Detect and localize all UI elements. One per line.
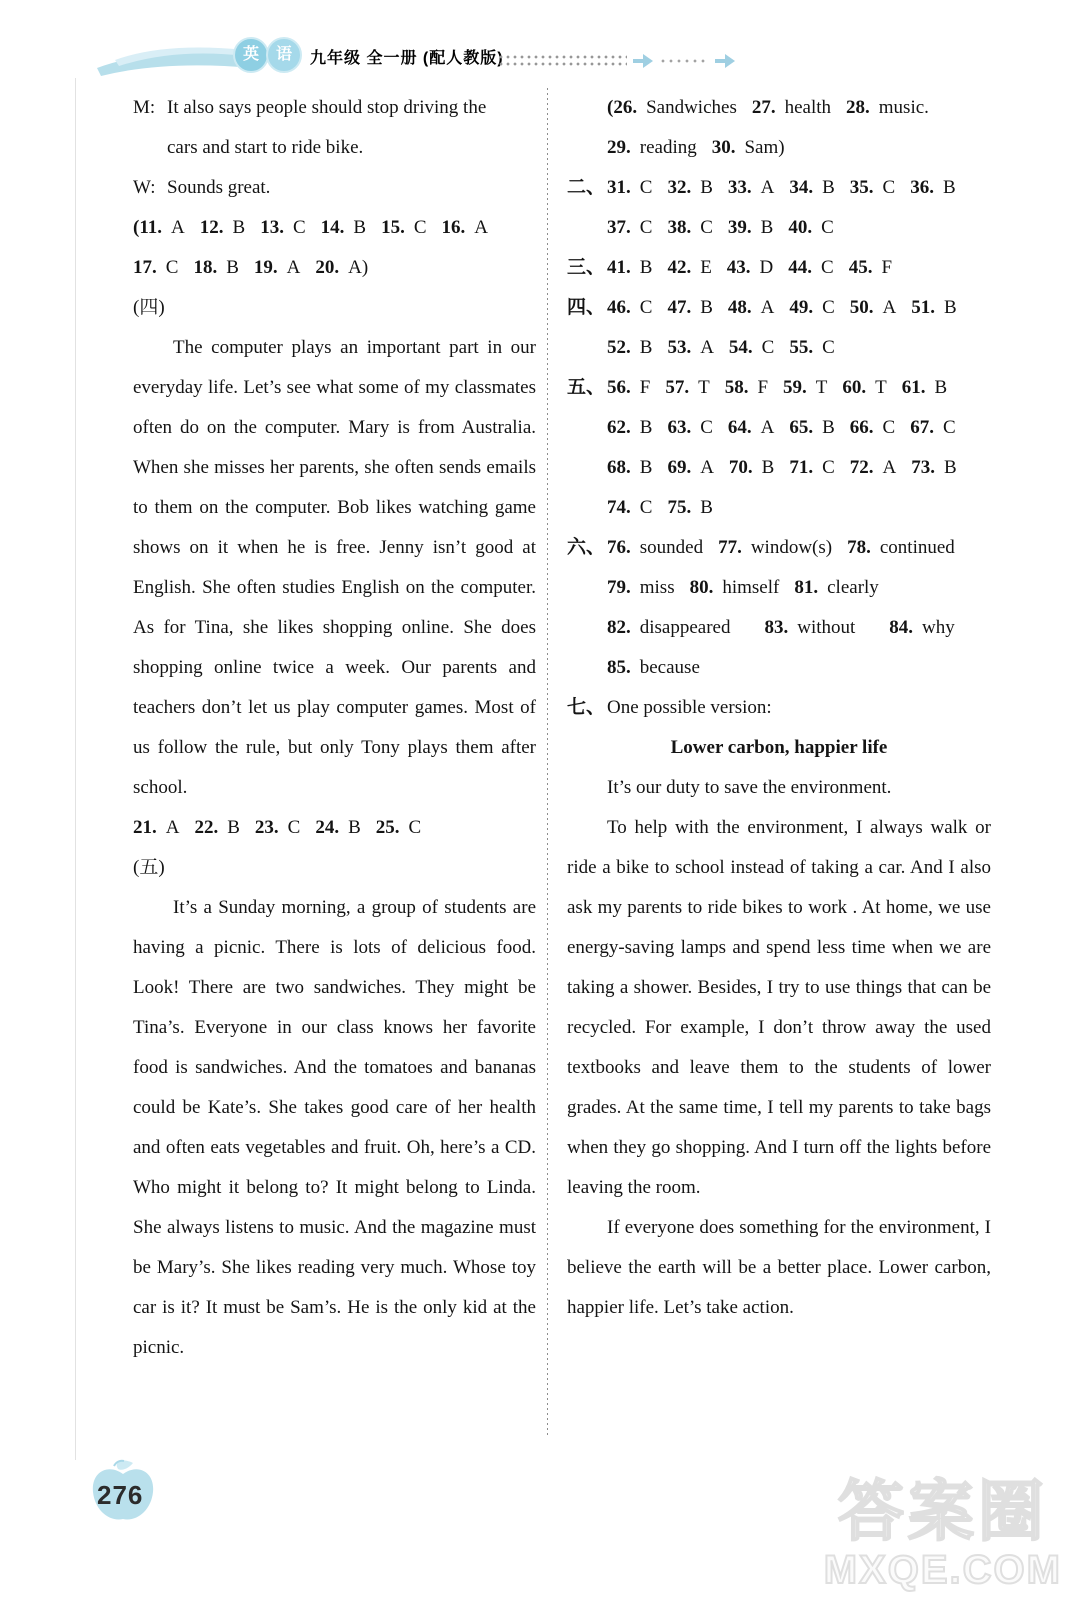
section-number-label: 二、 [567, 168, 607, 208]
answer-value: A [761, 177, 775, 198]
answer-value: C [822, 297, 835, 318]
answer-number: 25. [376, 817, 400, 838]
answer-value: C [883, 177, 896, 198]
answer-number: 50. [850, 297, 874, 318]
answer-number: 20. [315, 257, 339, 278]
answer-value: A [166, 817, 180, 838]
answer-value: B [640, 457, 653, 478]
answer-value: Sandwiches [646, 97, 737, 118]
answer-pair: 76.sounded [607, 537, 703, 558]
answer-pair: 22.B [194, 817, 239, 838]
answer-pair: 63.C [667, 417, 712, 438]
answer-value: B [640, 337, 653, 358]
answer-value: sounded [640, 537, 703, 558]
answer-pair: 28.music. [846, 97, 929, 118]
answer-number: 19. [254, 257, 278, 278]
answer-value: T [698, 377, 710, 398]
speaker-label: M: [133, 88, 167, 128]
answer-value: window(s) [751, 537, 832, 558]
answer-value: C [700, 417, 713, 438]
answer-number: 82. [607, 617, 631, 638]
answer-pair: 84.why [889, 617, 954, 638]
answer-number: 15. [381, 217, 405, 238]
answer-pair: 57.T [665, 377, 709, 398]
answer-number: 66. [850, 417, 874, 438]
answer-pair: 13.C [260, 217, 305, 238]
answer-pair: 50.A [850, 297, 896, 318]
answer-number: 84. [889, 617, 913, 638]
answer-pair: 38.C [667, 217, 712, 238]
answer-pair: 56.F [607, 377, 650, 398]
answer-pair: 75.B [667, 497, 712, 518]
answer-value: B [640, 257, 653, 278]
answer-row: 三、41.B42.E43.D44.C45.F [567, 248, 991, 288]
answer-number: 49. [789, 297, 813, 318]
section-heading: (五) [133, 848, 536, 888]
answer-value: B [700, 497, 713, 518]
answer-value: T [875, 377, 887, 398]
section-label-line: 七、One possible version: [567, 688, 991, 728]
section-number-label: 四、 [567, 288, 607, 328]
left-column: M:It also says people should stop drivin… [133, 88, 536, 1368]
essay-title: Lower carbon, happier life [567, 728, 991, 768]
answer-number: 45. [849, 257, 873, 278]
answer-number: 29. [607, 137, 631, 158]
answer-value: C [293, 217, 306, 238]
answer-pair: 21.A [133, 817, 179, 838]
answer-pair: 80.himself [690, 577, 780, 598]
answer-pair: 54.C [729, 337, 774, 358]
scan-margin-line [75, 78, 76, 1460]
answer-pair: 17.C [133, 257, 178, 278]
answer-number: 74. [607, 497, 631, 518]
answer-number: 64. [728, 417, 752, 438]
answer-pair: 74.C [607, 497, 652, 518]
answer-pair: 16.A [442, 217, 488, 238]
answer-pair: 19.A [254, 257, 300, 278]
answer-value: A [287, 257, 301, 278]
answer-number: 18. [193, 257, 217, 278]
section-heading: (四) [133, 288, 536, 328]
answer-pair: 82.disappeared [607, 617, 730, 638]
answer-pair: 33.A [728, 177, 774, 198]
answer-value: A [700, 337, 714, 358]
answer-value: B [822, 177, 835, 198]
answer-number: 52. [607, 337, 631, 358]
answer-pair: 81.clearly [794, 577, 878, 598]
answer-value: B [640, 417, 653, 438]
answer-number: 46. [607, 297, 631, 318]
column-divider [547, 88, 548, 1436]
answer-row: 17.C18.B19.A20.A) [133, 248, 536, 288]
answer-pair: 35.C [850, 177, 895, 198]
answer-value: B [353, 217, 366, 238]
answer-number: 12. [200, 217, 224, 238]
answer-number: 73. [911, 457, 935, 478]
answer-number: 77. [718, 537, 742, 558]
answer-value: C [700, 217, 713, 238]
book-page: 英 语 九年级 全一册 (配人教版) M:It also says people… [0, 0, 1066, 1600]
answer-number: 42. [667, 257, 691, 278]
answer-number: 78. [847, 537, 871, 558]
page-header: 英 语 九年级 全一册 (配人教版) [95, 34, 755, 86]
answer-number: 57. [665, 377, 689, 398]
section-number-label: 五、 [567, 368, 607, 408]
answer-number: 56. [607, 377, 631, 398]
answer-pair: 85.because [607, 657, 700, 678]
answer-number: 24. [315, 817, 339, 838]
answer-number: 61. [902, 377, 926, 398]
paragraph: To help with the environment, I always w… [567, 808, 991, 1208]
answer-pair: 72.A [850, 457, 896, 478]
answer-value: E [700, 257, 712, 278]
watermark-logo-text: 答案圈 [824, 1476, 1062, 1546]
answer-number: 79. [607, 577, 631, 598]
answer-value: disappeared [640, 617, 731, 638]
answer-pair: 29.reading [607, 137, 697, 158]
answer-number: 80. [690, 577, 714, 598]
answer-pair: (26.Sandwiches [607, 97, 737, 118]
dialog-line: cars and start to ride bike. [133, 128, 536, 168]
answer-value: B [233, 217, 246, 238]
answer-number: 41. [607, 257, 631, 278]
answer-value: C [640, 217, 653, 238]
answer-value: B [700, 297, 713, 318]
answer-number: 32. [667, 177, 691, 198]
answer-value: Sam) [744, 137, 784, 158]
answer-number: 30. [712, 137, 736, 158]
answer-pair: 36.B [910, 177, 955, 198]
answer-pair: 24.B [315, 817, 360, 838]
answer-value: A [171, 217, 185, 238]
answer-number: 58. [725, 377, 749, 398]
answer-value: B [944, 297, 957, 318]
answer-pair: 52.B [607, 337, 652, 358]
answer-number: 85. [607, 657, 631, 678]
answer-value: health [785, 97, 831, 118]
answer-number: (26. [607, 97, 637, 118]
answer-pair: 71.C [789, 457, 834, 478]
answer-number: 38. [667, 217, 691, 238]
answer-number: 13. [260, 217, 284, 238]
answer-number: 17. [133, 257, 157, 278]
answer-value: B [227, 817, 240, 838]
dotted-line-decoration [499, 55, 627, 67]
answer-value: B [943, 177, 956, 198]
answer-number: 59. [783, 377, 807, 398]
page-number: 276 [97, 1480, 143, 1511]
dotted-line-decoration [661, 59, 705, 65]
answer-row: 85.because [567, 648, 991, 688]
answer-pair: 53.A [667, 337, 713, 358]
answer-value: A) [348, 257, 368, 278]
answer-value: C [883, 417, 896, 438]
answer-pair: 34.B [789, 177, 834, 198]
answer-value: A [883, 457, 897, 478]
page-title: 九年级 全一册 (配人教版) [310, 45, 504, 68]
answer-pair: 23.C [255, 817, 300, 838]
answer-pair: 41.B [607, 257, 652, 278]
answer-pair: 42.E [667, 257, 711, 278]
answer-pair: 60.T [842, 377, 886, 398]
answer-number: 22. [194, 817, 218, 838]
subject-badge-char2: 语 [266, 37, 302, 73]
answer-number: 37. [607, 217, 631, 238]
answer-number: 75. [667, 497, 691, 518]
subject-badge-char1: 英 [233, 37, 269, 73]
answer-number: 67. [910, 417, 934, 438]
answer-number: 62. [607, 417, 631, 438]
answer-value: A [761, 417, 775, 438]
answer-value: continued [880, 537, 955, 558]
answer-number: 31. [607, 177, 631, 198]
answer-value: B [700, 177, 713, 198]
answer-value: F [757, 377, 768, 398]
section-number-label: 七、 [567, 688, 607, 728]
answer-value: C [821, 257, 834, 278]
answer-value: C [640, 497, 653, 518]
answer-pair: 32.B [667, 177, 712, 198]
answer-number: 76. [607, 537, 631, 558]
answer-pair: 39.B [728, 217, 773, 238]
answer-value: B [822, 417, 835, 438]
answer-pair: 25.C [376, 817, 421, 838]
answer-number: 35. [850, 177, 874, 198]
answer-number: 70. [729, 457, 753, 478]
answer-value: C [409, 817, 422, 838]
answer-number: 65. [789, 417, 813, 438]
answer-pair: 18.B [193, 257, 238, 278]
answer-value: B [944, 457, 957, 478]
answer-number: (11. [133, 217, 162, 238]
answer-value: C [821, 217, 834, 238]
answer-number: 36. [910, 177, 934, 198]
answer-value: C [943, 417, 956, 438]
answer-pair: 20.A) [315, 257, 368, 278]
answer-number: 21. [133, 817, 157, 838]
answer-value: C [288, 817, 301, 838]
paragraph: It’s our duty to save the environment. [567, 768, 991, 808]
answer-row: 五、56.F57.T58.F59.T60.T61.B [567, 368, 991, 408]
answer-row: 62.B63.C64.A65.B66.C67.C [567, 408, 991, 448]
answer-value: C [762, 337, 775, 358]
section-label-text: One possible version: [607, 697, 772, 718]
answer-pair: 49.C [789, 297, 834, 318]
answer-number: 34. [789, 177, 813, 198]
answer-number: 83. [764, 617, 788, 638]
answer-pair: 70.B [729, 457, 774, 478]
answer-pair: 45.F [849, 257, 892, 278]
answer-value: A [700, 457, 714, 478]
answer-pair: 65.B [789, 417, 834, 438]
answer-pair: 61.B [902, 377, 947, 398]
answer-number: 60. [842, 377, 866, 398]
answer-pair: 51.B [911, 297, 956, 318]
answer-value: clearly [827, 577, 879, 598]
answer-value: C [822, 457, 835, 478]
answer-pair: 77.window(s) [718, 537, 832, 558]
answer-value: B [761, 217, 774, 238]
answer-value: A [883, 297, 897, 318]
answer-pair: 69.A [667, 457, 713, 478]
answer-pair: 83.without [764, 617, 855, 638]
answer-number: 63. [667, 417, 691, 438]
answer-value: B [348, 817, 361, 838]
answer-value: music. [879, 97, 929, 118]
answer-row: 四、46.C47.B48.A49.C50.A51.B [567, 288, 991, 328]
answer-pair: 59.T [783, 377, 827, 398]
answer-value: because [640, 657, 700, 678]
section-number-label: 六、 [567, 528, 607, 568]
answer-value: himself [722, 577, 779, 598]
arrow-icon [713, 51, 737, 69]
answer-pair: 73.B [911, 457, 956, 478]
answer-pair: 27.health [752, 97, 831, 118]
arrow-icon [631, 51, 655, 69]
answer-value: reading [640, 137, 697, 158]
answer-pair: 14.B [321, 217, 366, 238]
answer-pair: 58.F [725, 377, 768, 398]
answer-number: 40. [788, 217, 812, 238]
answer-number: 72. [850, 457, 874, 478]
answer-row: (11.A12.B13.C14.B15.C16.A [133, 208, 536, 248]
header-swoosh-decoration [95, 38, 257, 82]
answer-pair: 46.C [607, 297, 652, 318]
answer-number: 23. [255, 817, 279, 838]
answer-number: 27. [752, 97, 776, 118]
answer-row: 82.disappeared83.without84.why [567, 608, 991, 648]
paragraph: It’s a Sunday morning, a group of studen… [133, 888, 536, 1368]
answer-row: 六、76.sounded77.window(s)78.continued [567, 528, 991, 568]
speaker-label: W: [133, 168, 167, 208]
answer-row: 21.A22.B23.C24.B25.C [133, 808, 536, 848]
answer-value: C [640, 297, 653, 318]
answer-pair: 30.Sam) [712, 137, 785, 158]
answer-number: 69. [667, 457, 691, 478]
answer-pair: 64.A [728, 417, 774, 438]
answer-value: B [762, 457, 775, 478]
answer-number: 54. [729, 337, 753, 358]
answer-value: A [474, 217, 488, 238]
answer-number: 47. [667, 297, 691, 318]
answer-pair: 44.C [788, 257, 833, 278]
answer-pair: 37.C [607, 217, 652, 238]
answer-value: C [822, 337, 835, 358]
answer-number: 55. [789, 337, 813, 358]
answer-row: (26.Sandwiches27.health28.music. [567, 88, 991, 128]
answer-value: without [797, 617, 855, 638]
answer-number: 81. [794, 577, 818, 598]
answer-number: 53. [667, 337, 691, 358]
answer-number: 33. [728, 177, 752, 198]
answer-value: why [922, 617, 955, 638]
page-number-stamp: 276 [86, 1458, 160, 1530]
answer-pair: 79.miss [607, 577, 675, 598]
answer-value: C [640, 177, 653, 198]
answer-number: 48. [728, 297, 752, 318]
answer-value: F [640, 377, 651, 398]
answer-row: 29.reading30.Sam) [567, 128, 991, 168]
dialog-line: M:It also says people should stop drivin… [133, 88, 536, 128]
answer-pair: 68.B [607, 457, 652, 478]
answer-row: 37.C38.C39.B40.C [567, 208, 991, 248]
answer-row: 二、31.C32.B33.A34.B35.C36.B [567, 168, 991, 208]
answer-pair: 66.C [850, 417, 895, 438]
watermark: 答案圈 MXQE.COM [824, 1476, 1062, 1594]
answer-number: 71. [789, 457, 813, 478]
answer-number: 51. [911, 297, 935, 318]
answer-number: 28. [846, 97, 870, 118]
answer-value: A [761, 297, 775, 318]
answer-value: C [414, 217, 427, 238]
answer-number: 68. [607, 457, 631, 478]
answer-pair: 31.C [607, 177, 652, 198]
answer-pair: 67.C [910, 417, 955, 438]
answer-number: 43. [727, 257, 751, 278]
answer-value: C [166, 257, 179, 278]
answer-pair: 78.continued [847, 537, 955, 558]
answer-pair: 55.C [789, 337, 834, 358]
answer-value: miss [640, 577, 675, 598]
paragraph: The computer plays an important part in … [133, 328, 536, 808]
dialog-line: W:Sounds great. [133, 168, 536, 208]
answer-row: 74.C75.B [567, 488, 991, 528]
answer-pair: (11.A [133, 217, 185, 238]
answer-pair: 47.B [667, 297, 712, 318]
answer-row: 79.miss80.himself81.clearly [567, 568, 991, 608]
answer-pair: 62.B [607, 417, 652, 438]
answer-pair: 15.C [381, 217, 426, 238]
answer-value: D [760, 257, 774, 278]
answer-number: 14. [321, 217, 345, 238]
answer-row: 52.B53.A54.C55.C [567, 328, 991, 368]
answer-number: 16. [442, 217, 466, 238]
answer-value: F [881, 257, 892, 278]
answer-pair: 12.B [200, 217, 245, 238]
answer-pair: 43.D [727, 257, 773, 278]
answer-number: 44. [788, 257, 812, 278]
section-number-label: 三、 [567, 248, 607, 288]
answer-row: 68.B69.A70.B71.C72.A73.B [567, 448, 991, 488]
answer-value: B [226, 257, 239, 278]
answer-value: B [934, 377, 947, 398]
answer-value: T [816, 377, 828, 398]
paragraph: If everyone does something for the envir… [567, 1208, 991, 1328]
right-column: (26.Sandwiches27.health28.music.29.readi… [567, 88, 991, 1328]
answer-pair: 48.A [728, 297, 774, 318]
watermark-site-text: MXQE.COM [824, 1546, 1062, 1594]
answer-pair: 40.C [788, 217, 833, 238]
answer-number: 39. [728, 217, 752, 238]
